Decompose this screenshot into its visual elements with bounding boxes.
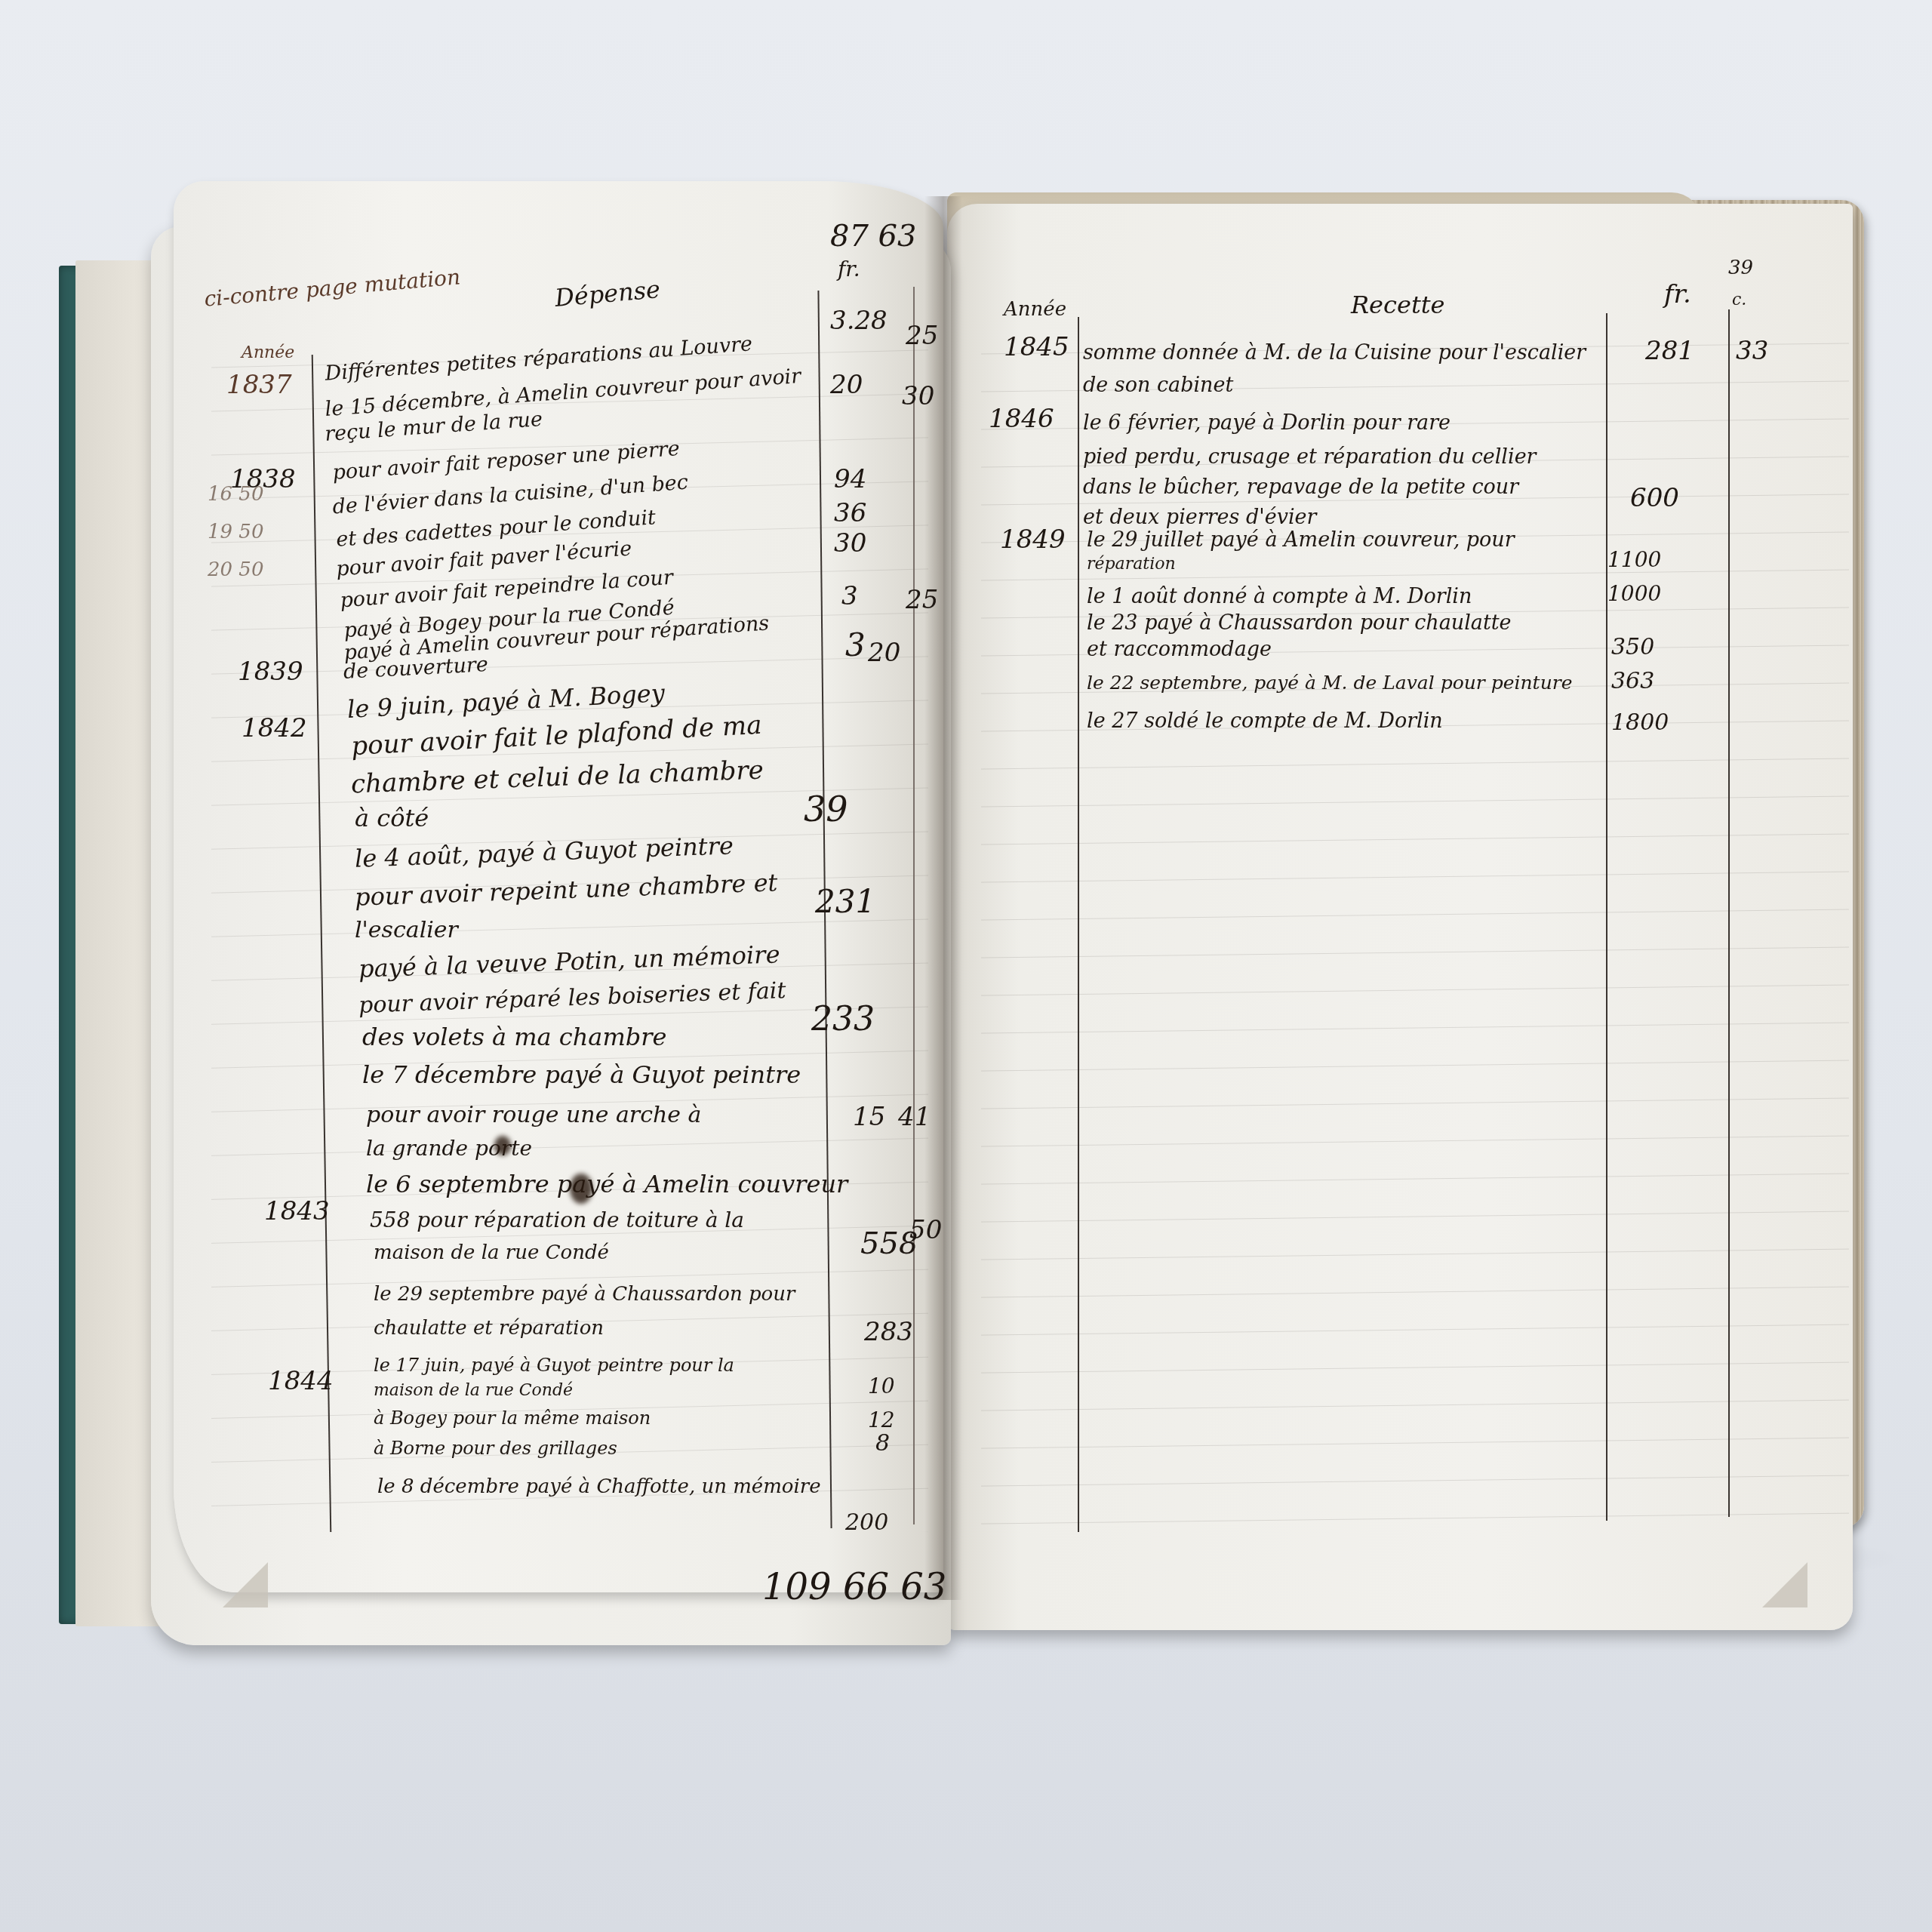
entry-francs: 36 xyxy=(834,498,866,528)
right-francs-column-rule xyxy=(1606,313,1607,1521)
entry-francs: 363 xyxy=(1611,668,1654,694)
right-currency-header: fr. xyxy=(1664,279,1691,309)
entry-francs: 39 xyxy=(804,789,848,829)
faint-margin-figure: 16 50 xyxy=(208,483,263,506)
left-year-header: Année xyxy=(241,343,294,362)
entry-text: et deux pierres d'évier xyxy=(1083,506,1316,529)
entry-francs: 3.28 xyxy=(830,306,888,336)
entry-year: 1839 xyxy=(238,657,303,687)
left-centimes-column-rule xyxy=(913,287,915,1524)
right-page-number: 39 xyxy=(1728,257,1753,279)
entry-text: le 23 payé à Chaussardon pour chaulatte xyxy=(1087,611,1512,635)
entry-francs: 1800 xyxy=(1611,709,1669,736)
entry-year: 1843 xyxy=(264,1196,330,1226)
entry-francs: 94 xyxy=(834,464,866,494)
entry-francs: 15 xyxy=(853,1102,885,1132)
entry-text: réparation xyxy=(1087,555,1176,574)
entry-year: 1845 xyxy=(1004,332,1069,362)
entry-francs: 231 xyxy=(815,883,875,920)
entry-text: le 1 août donné à compte à M. Dorlin xyxy=(1087,585,1472,608)
entry-francs: 30 xyxy=(834,528,866,558)
entry-year: 1849 xyxy=(1000,525,1066,555)
faint-margin-figure: 20 50 xyxy=(208,558,263,581)
right-centimes-column-rule xyxy=(1728,309,1730,1517)
entry-centimes: 20 xyxy=(868,638,900,668)
entry-text: pour avoir rouge une arche à xyxy=(366,1102,702,1128)
entry-text: à Borne pour des grillages xyxy=(374,1438,617,1459)
entry-francs: 20 xyxy=(830,370,863,400)
corner-fold xyxy=(223,1562,268,1607)
entry-text: des volets à ma chambre xyxy=(362,1023,667,1051)
entry-text: le 6 février, payé à Dorlin pour rare xyxy=(1083,411,1451,435)
right-year-header: Année xyxy=(1004,298,1066,321)
entry-text: dans le bûcher, repavage de la petite co… xyxy=(1083,475,1518,499)
entry-text: le 29 septembre payé à Chaussardon pour xyxy=(374,1283,795,1306)
entry-centimes: 30 xyxy=(902,381,934,411)
entry-text: pied perdu, crusage et réparation du cel… xyxy=(1083,445,1537,469)
left-page-carried-total: 87 63 xyxy=(830,219,917,254)
entry-text: l'escalier xyxy=(355,917,458,943)
faint-margin-figure: 19 50 xyxy=(208,521,263,543)
entry-francs: 233 xyxy=(811,1000,875,1038)
entry-text: le 6 septembre payé à Amelin couvreur xyxy=(366,1170,848,1198)
entry-francs: 3 xyxy=(845,626,866,663)
entry-text: 558 pour réparation de toiture à la xyxy=(370,1207,744,1232)
entry-text: chaulatte et réparation xyxy=(374,1317,604,1340)
entry-francs: 8 xyxy=(875,1430,890,1457)
entry-text: somme donnée à M. de la Cuisine pour l'e… xyxy=(1083,341,1586,365)
entry-centimes: 25 xyxy=(906,321,938,351)
entry-text: à Bogey pour la même maison xyxy=(374,1407,651,1429)
entry-francs: 3 xyxy=(841,581,858,611)
entry-text: le 17 juin, payé à Guyot peintre pour la xyxy=(374,1355,734,1376)
entry-centimes: 25 xyxy=(906,585,938,615)
entry-francs: 350 xyxy=(1611,634,1654,660)
entry-centimes: 33 xyxy=(1736,336,1768,366)
entry-year: 1837 xyxy=(226,370,292,400)
entry-centimes: 41 xyxy=(898,1102,931,1132)
entry-year: 1846 xyxy=(989,404,1054,434)
left-page-grand-total: 109 66 63 xyxy=(762,1566,946,1608)
entry-francs: 1000 xyxy=(1607,581,1661,606)
entry-text: à côté xyxy=(355,804,429,832)
entry-francs: 200 xyxy=(845,1509,888,1536)
entry-francs: 10 xyxy=(868,1374,895,1398)
entry-year: 1844 xyxy=(268,1366,334,1396)
entry-francs: 1100 xyxy=(1607,547,1661,572)
right-page-title: Recette xyxy=(1351,291,1445,319)
entry-francs: 283 xyxy=(864,1317,913,1347)
right-centimes-header: c. xyxy=(1732,291,1746,309)
entry-year: 1842 xyxy=(241,713,307,743)
left-currency-header: fr. xyxy=(838,257,860,281)
ink-blot xyxy=(570,1174,592,1204)
entry-text: le 8 décembre payé à Chaffotte, un mémoi… xyxy=(377,1475,821,1498)
entry-text: le 7 décembre payé à Guyot peintre xyxy=(362,1060,801,1089)
corner-fold xyxy=(1762,1562,1807,1607)
entry-text: le 27 soldé le compte de M. Dorlin xyxy=(1087,709,1443,733)
entry-text: et raccommodage xyxy=(1087,638,1272,661)
entry-text: maison de la rue Condé xyxy=(374,1241,609,1264)
entry-centimes: 50 xyxy=(909,1215,942,1245)
right-text-column-rule xyxy=(1078,317,1079,1532)
entry-francs: 12 xyxy=(868,1407,895,1432)
entry-text: maison de la rue Condé xyxy=(374,1381,573,1400)
entry-francs: 281 xyxy=(1645,336,1694,366)
ink-blot xyxy=(494,1136,511,1155)
entry-text: le 29 juillet payé à Amelin couvreur, po… xyxy=(1087,528,1515,552)
entry-text: le 22 septembre, payé à M. de Laval pour… xyxy=(1087,672,1573,694)
entry-text: de son cabinet xyxy=(1083,374,1233,397)
entry-francs: 600 xyxy=(1630,483,1679,513)
